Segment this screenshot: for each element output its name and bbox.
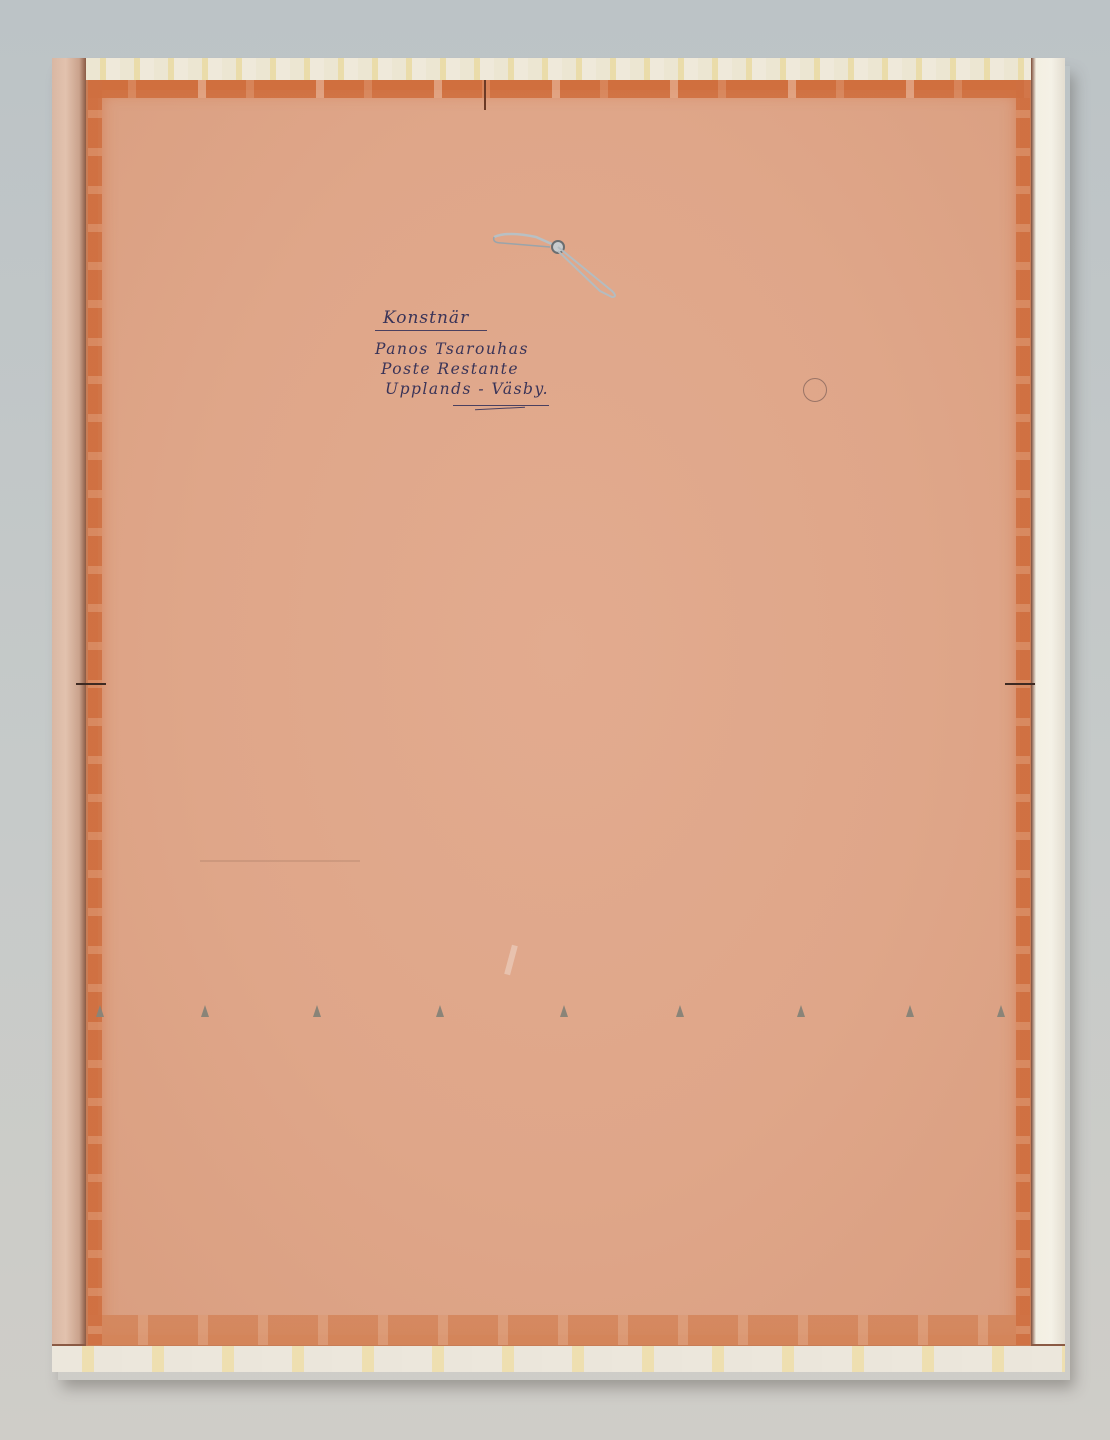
tape-bottom bbox=[88, 1315, 1030, 1345]
bottom-nail-icon bbox=[997, 1005, 1005, 1017]
handwritten-inscription: Konstnär Panos Tsarouhas Poste Restante … bbox=[375, 308, 615, 409]
left-nail-icon bbox=[76, 683, 106, 685]
bottom-nail-icon bbox=[96, 1005, 104, 1017]
inscription-heading: Konstnär bbox=[383, 308, 615, 328]
bottom-nail-icon bbox=[313, 1005, 321, 1017]
frame-bottom-rail bbox=[52, 1344, 1065, 1372]
tape-right bbox=[1016, 80, 1030, 1345]
top-nail-icon bbox=[484, 80, 486, 110]
stamp-circle-icon bbox=[803, 378, 827, 402]
bottom-nail-icon bbox=[906, 1005, 914, 1017]
frame-top-rail bbox=[52, 58, 1065, 82]
bottom-nail-icon bbox=[201, 1005, 209, 1017]
tape-left bbox=[88, 80, 102, 1345]
bottom-nail-icon bbox=[436, 1005, 444, 1017]
bottom-nail-icon bbox=[797, 1005, 805, 1017]
tape-top bbox=[88, 80, 1030, 98]
inscription-line: Panos Tsarouhas bbox=[375, 339, 615, 359]
pencil-mark bbox=[200, 860, 360, 862]
bottom-nail-icon bbox=[560, 1005, 568, 1017]
bottom-nail-icon bbox=[676, 1005, 684, 1017]
inscription-line: Upplands - Väsby. bbox=[385, 379, 615, 399]
inscription-line: Poste Restante bbox=[381, 359, 615, 379]
heading-underline bbox=[375, 330, 487, 331]
inscription-underline bbox=[453, 405, 549, 406]
right-nail-icon bbox=[1005, 683, 1035, 685]
hanging-hook-icon bbox=[488, 225, 628, 305]
frame-left-rail bbox=[52, 58, 86, 1372]
frame-right-rail bbox=[1031, 58, 1065, 1372]
